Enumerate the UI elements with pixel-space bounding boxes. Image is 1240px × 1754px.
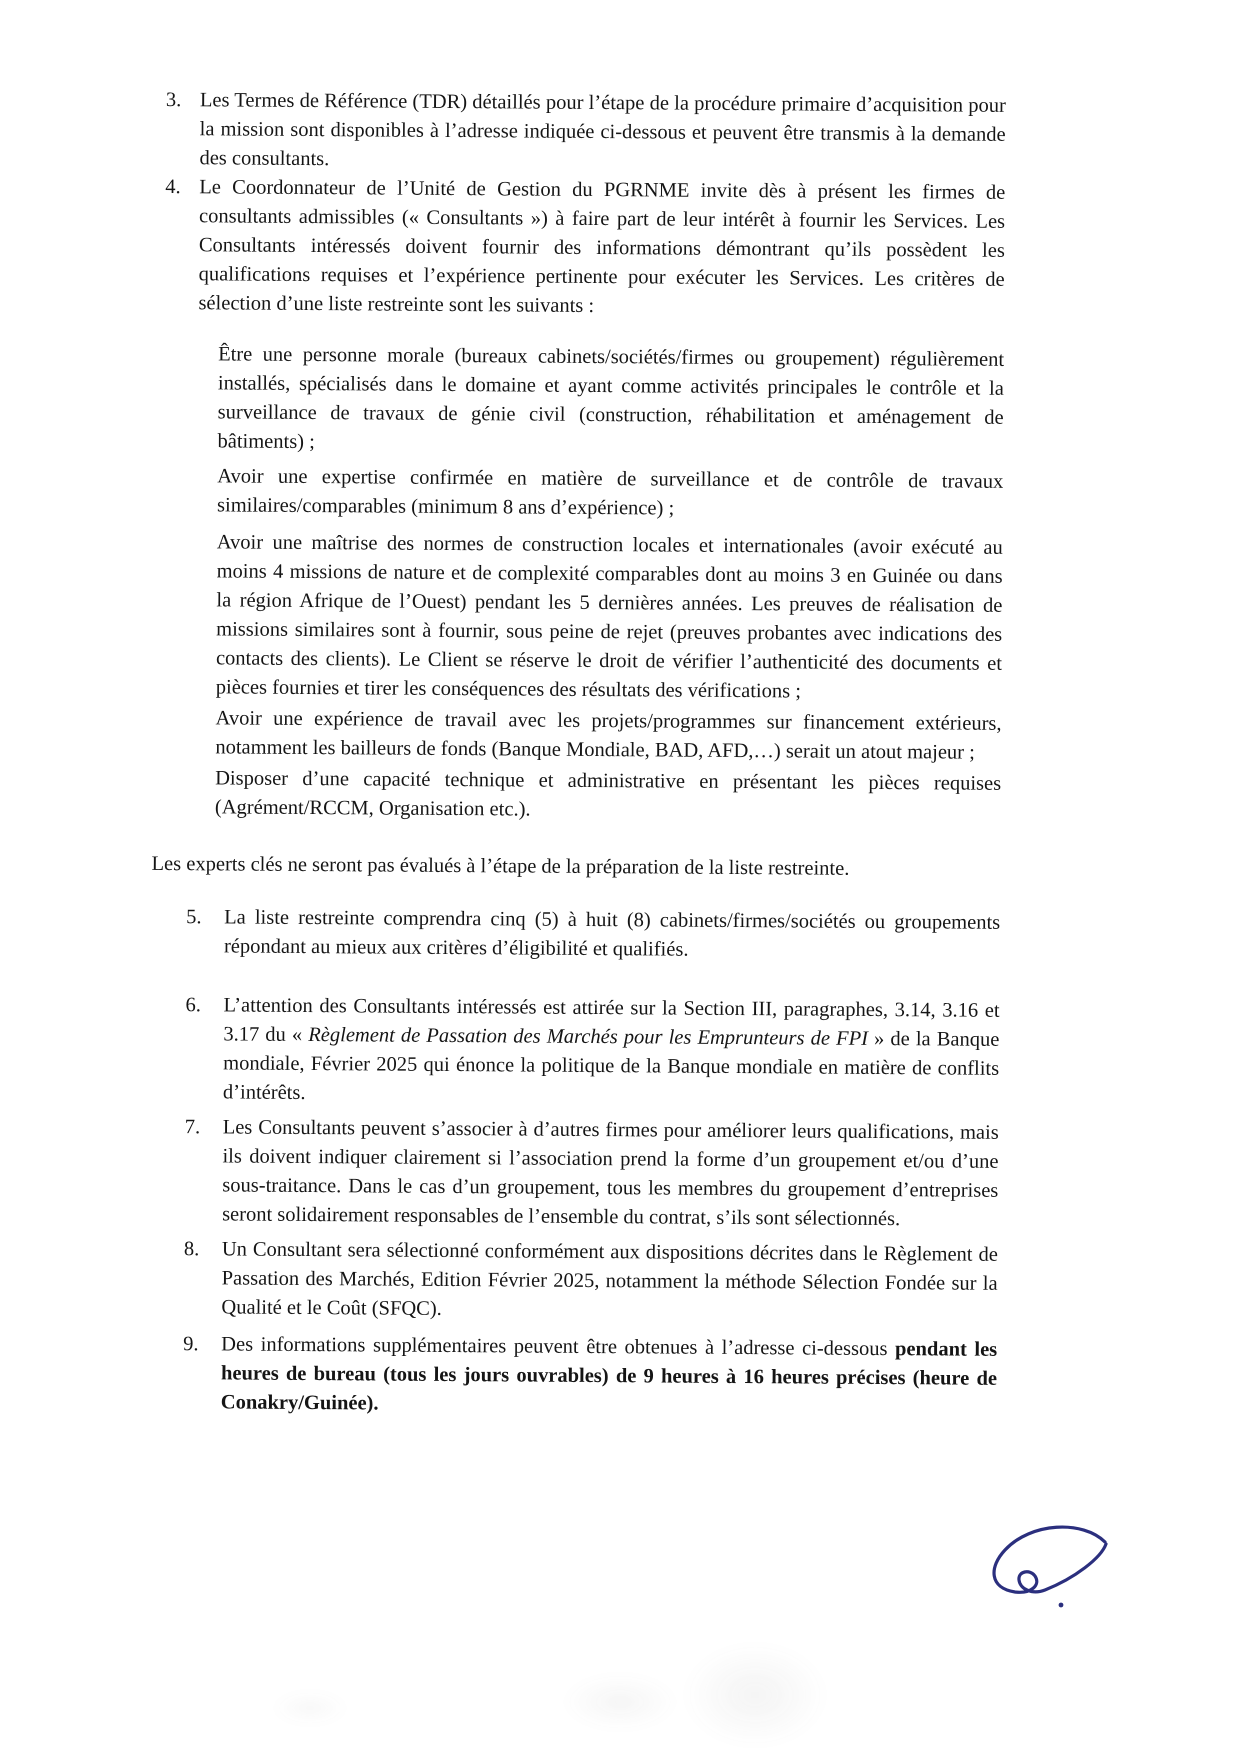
bullet-square-icon bbox=[190, 528, 217, 702]
item-4-text: Le Coordonnateur de l’Unité de Gestion d… bbox=[198, 173, 1005, 324]
item-7-segment: Les Consultants peuvent s’associer à d’a… bbox=[222, 1116, 999, 1230]
bullet-2-text: Avoir une expertise confirmée en matière… bbox=[217, 462, 1003, 525]
bullet-square-icon bbox=[191, 462, 217, 520]
numbered-list-bottom: 5. La liste restreinte comprendra cinq (… bbox=[183, 903, 1001, 1423]
scan-smudge bbox=[270, 1690, 350, 1726]
bullet-item: Disposer d’une capacité technique et adm… bbox=[189, 764, 1001, 828]
numbered-item-8: 8. Un Consultant sera sélectionné confor… bbox=[183, 1235, 998, 1328]
bullet-square-icon bbox=[191, 340, 218, 456]
signature-loop bbox=[994, 1527, 1106, 1592]
numbered-item-9: 9. Des informations supplémentaires peuv… bbox=[183, 1330, 998, 1423]
signature-scribble bbox=[955, 1512, 1125, 1632]
item-6-text: L’attention des Consultants intéressés e… bbox=[223, 991, 1000, 1112]
item-number: 4. bbox=[164, 173, 199, 318]
bullet-item: Avoir une expérience de travail avec les… bbox=[189, 704, 1001, 768]
item-8-text: Un Consultant sera sélectionné conformém… bbox=[221, 1235, 998, 1327]
item-number: 3. bbox=[165, 86, 200, 173]
numbered-item-3: 3. Les Termes de Référence (TDR) détaill… bbox=[165, 86, 1006, 179]
item-number: 9. bbox=[183, 1330, 222, 1417]
bullet-1-text: Être une personne morale (bureaux cabine… bbox=[217, 340, 1004, 461]
bullet-item: Avoir une maîtrise des normes de constru… bbox=[190, 528, 1003, 708]
item-6-italic-segment: Règlement de Passation des Marchés pour … bbox=[308, 1024, 868, 1050]
key-experts-note: Les experts clés ne seront pas évalués à… bbox=[151, 850, 1000, 885]
criteria-bullet-list: Être une personne morale (bureaux cabine… bbox=[189, 340, 1004, 828]
scan-smudge bbox=[680, 1640, 830, 1750]
item-8-segment: Un Consultant sera sélectionné conformém… bbox=[221, 1238, 998, 1320]
item-number: 8. bbox=[183, 1235, 222, 1322]
bullet-4-text: Avoir une expérience de travail avec les… bbox=[215, 704, 1001, 767]
item-number: 6. bbox=[185, 991, 224, 1107]
item-3-text: Les Termes de Référence (TDR) détaillés … bbox=[199, 86, 1006, 179]
bullet-item: Être une personne morale (bureaux cabine… bbox=[191, 340, 1004, 462]
scan-smudge bbox=[560, 1672, 680, 1732]
item-9-segment: Des informations supplémentaires peuvent… bbox=[221, 1333, 895, 1360]
scanned-document-page: 3. Les Termes de Référence (TDR) détaill… bbox=[0, 0, 1240, 1754]
numbered-item-7: 7. Les Consultants peuvent s’associer à … bbox=[184, 1113, 999, 1235]
item-9-text: Des informations supplémentaires peuvent… bbox=[221, 1330, 998, 1422]
item-number: 5. bbox=[186, 903, 224, 961]
bullet-3-text: Avoir une maîtrise des normes de constru… bbox=[216, 528, 1003, 707]
item-7-text: Les Consultants peuvent s’associer à d’a… bbox=[222, 1113, 999, 1234]
numbered-item-6: 6. L’attention des Consultants intéressé… bbox=[185, 991, 1000, 1113]
signature-dot bbox=[1059, 1603, 1064, 1608]
bullet-square-icon bbox=[189, 704, 215, 762]
item-number: 7. bbox=[184, 1113, 223, 1229]
item-5-text: La liste restreinte comprendra cinq (5) … bbox=[224, 903, 1000, 966]
bullet-square-icon bbox=[189, 764, 215, 822]
numbered-item-4: 4. Le Coordonnateur de l’Unité de Gestio… bbox=[164, 173, 1005, 324]
bullet-item: Avoir une expertise confirmée en matière… bbox=[191, 462, 1003, 526]
bullet-5-text: Disposer d’une capacité technique et adm… bbox=[215, 764, 1001, 827]
item-5-segment: La liste restreinte comprendra cinq (5) … bbox=[224, 906, 1000, 960]
document-body: 3. Les Termes de Référence (TDR) détaill… bbox=[157, 86, 1006, 1423]
numbered-item-5: 5. La liste restreinte comprendra cinq (… bbox=[186, 903, 1000, 967]
